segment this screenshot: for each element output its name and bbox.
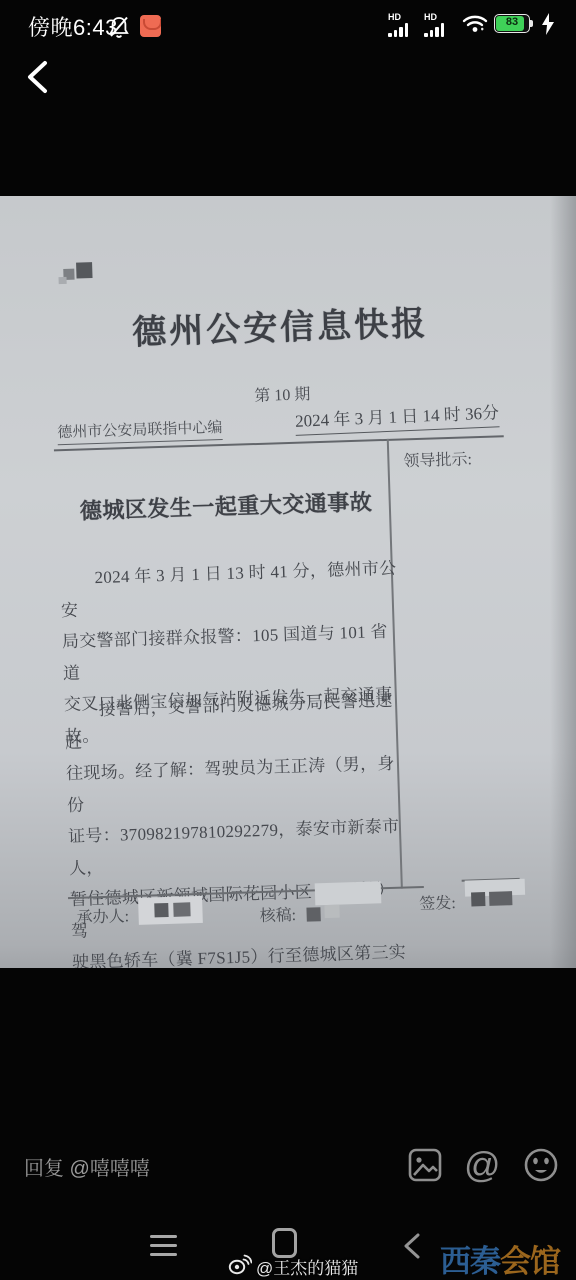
hd-label: HD	[424, 12, 437, 22]
redaction-mark	[324, 905, 339, 918]
redaction-mark	[76, 262, 92, 278]
weibo-watermark: @王杰的猫猫	[228, 1252, 358, 1280]
image-attach-icon[interactable]	[406, 1146, 444, 1189]
muted-bell-icon	[108, 15, 130, 44]
wifi-icon	[461, 13, 489, 40]
signal-icon-2: HD	[424, 12, 456, 38]
hd-label: HD	[388, 12, 401, 22]
mention-at-icon[interactable]: @	[464, 1144, 501, 1186]
redaction-mark	[173, 902, 190, 917]
datetime-line: 2024 年 3 月 1 日 14 时 36分	[295, 398, 500, 436]
article-headline: 德城区发生一起重大交通事故	[79, 485, 372, 525]
menu-button[interactable]	[150, 1235, 177, 1257]
app-notification-badge-icon	[140, 15, 161, 37]
redaction-mark	[58, 277, 66, 284]
redaction-mark	[471, 892, 485, 906]
paper-edge-shadow	[550, 196, 576, 968]
editor-line: 德州市公安局联指中心编	[57, 416, 223, 445]
reply-input-placeholder[interactable]: 回复 @嘻嘻嘻	[24, 1152, 150, 1181]
back-button[interactable]	[24, 60, 50, 94]
battery-icon: 83	[494, 14, 534, 33]
site-watermark-part2: 会馆	[500, 1244, 560, 1279]
signal-icon-1: HD	[388, 12, 420, 38]
handler-label: 承办人:	[76, 903, 129, 928]
issuer-label: 签发:	[419, 890, 456, 914]
reviewer-label: 核稿:	[259, 902, 296, 926]
site-watermark-part1: 西秦	[440, 1244, 500, 1279]
weibo-username: @王杰的猫猫	[256, 1254, 358, 1279]
redaction-mark	[315, 881, 382, 905]
document-photo[interactable]: 德州公安信息快报 第 10 期 德州市公安局联指中心编 2024 年 3 月 1…	[0, 196, 576, 968]
document-title: 德州公安信息快报	[0, 291, 569, 358]
leader-note-label: 领导批示:	[403, 446, 472, 471]
clock: 傍晚6:43	[28, 11, 118, 42]
weibo-icon	[228, 1252, 252, 1280]
site-watermark: 西秦会馆	[440, 1236, 560, 1280]
charging-bolt-icon	[540, 12, 556, 41]
phone-screen: 傍晚6:43 HD HD 83	[0, 0, 576, 1280]
comment-reply-bar[interactable]: 回复 @嘻嘻嘻 @	[0, 1138, 576, 1202]
navigation-bar: @王杰的猫猫 西秦会馆	[0, 1222, 576, 1280]
police-bulletin-document: 德州公安信息快报 第 10 期 德州市公安局联指中心编 2024 年 3 月 1…	[0, 196, 576, 968]
emoji-icon[interactable]	[522, 1146, 560, 1189]
redaction-mark	[154, 903, 168, 917]
redaction-mark	[489, 891, 512, 906]
redaction-mark	[138, 896, 203, 925]
redaction-mark	[306, 907, 320, 921]
battery-percent: 83	[495, 16, 529, 28]
nav-back-button[interactable]	[402, 1233, 422, 1259]
status-bar: 傍晚6:43 HD HD 83	[0, 0, 576, 48]
